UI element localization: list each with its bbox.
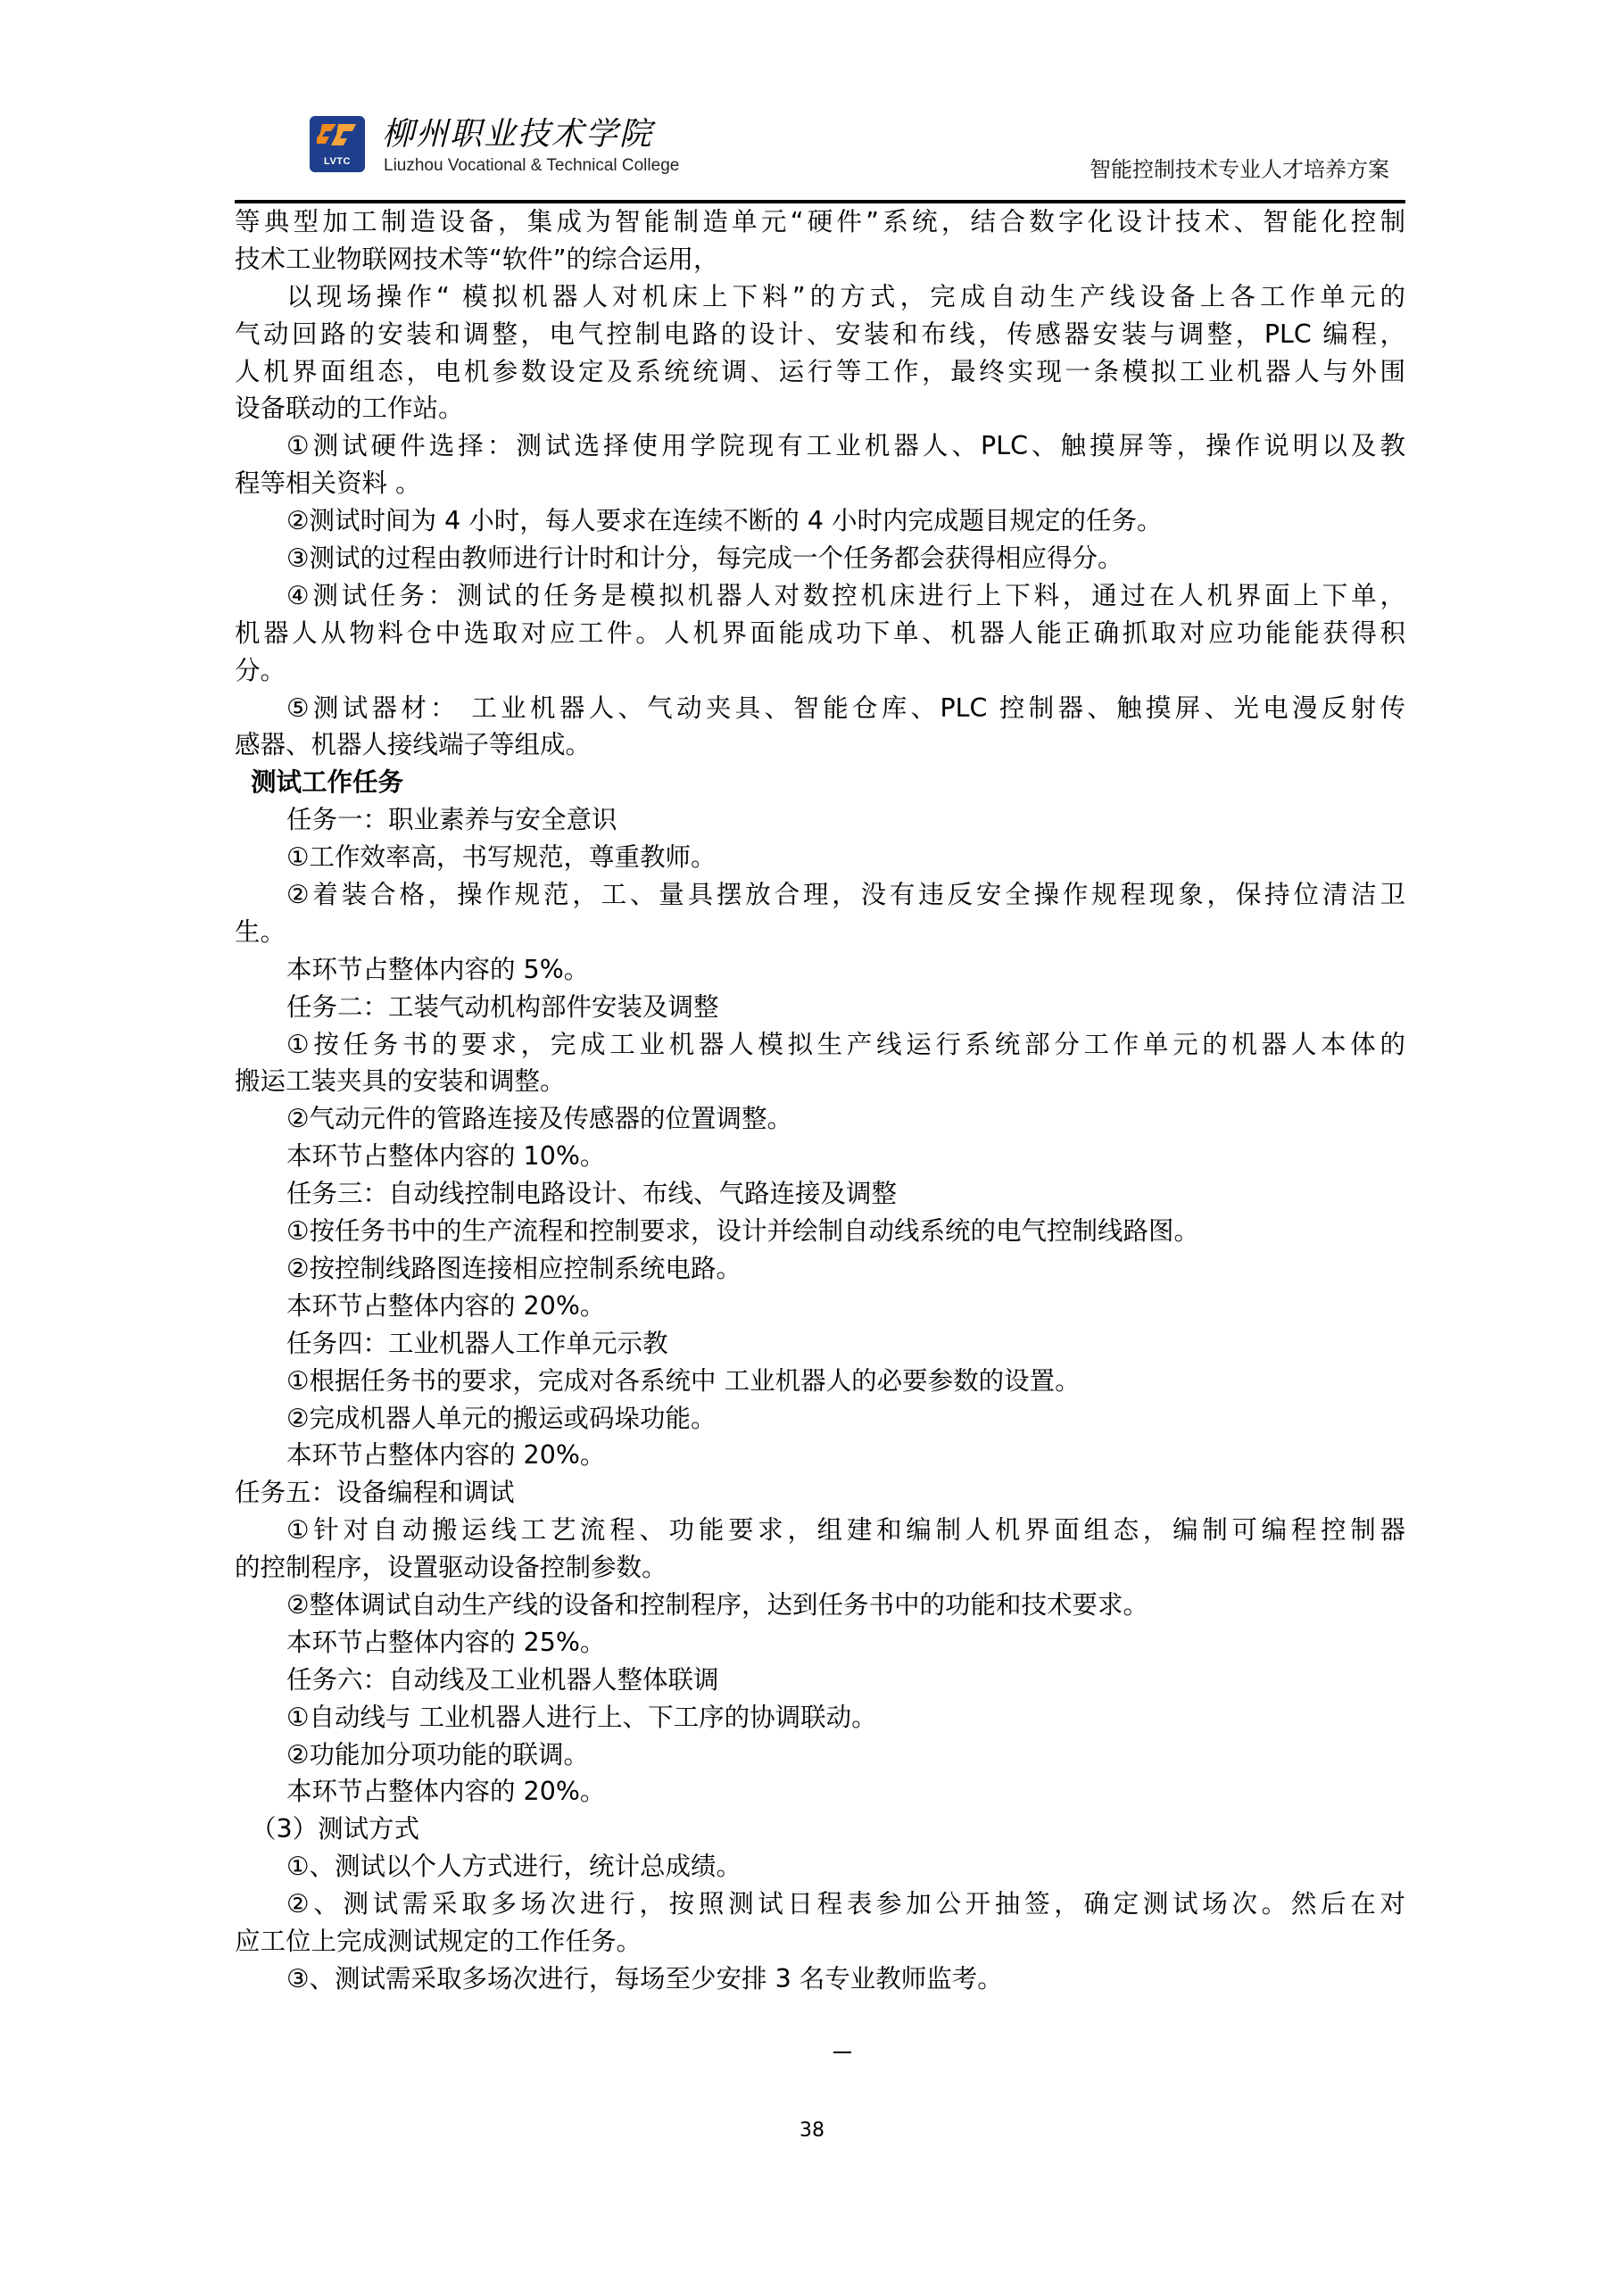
list-item: ④测试任务：测试的任务是模拟机器人对数控机床进行上下料，通过在人机界面上下单， bbox=[235, 577, 1405, 615]
paragraph-line: 等典型加工制造设备，集成为智能制造单元“硬件”系统，结合数字化设计技术、智能化控… bbox=[235, 203, 1405, 241]
list-item: ②测试时间为 4 小时，每人要求在连续不断的 4 小时内完成题目规定的任务。 bbox=[235, 502, 1405, 540]
school-name-cn: 柳州职业技术学院 bbox=[382, 116, 653, 153]
list-item: ②按控制线路图连接相应控制系统电路。 bbox=[235, 1250, 1405, 1288]
document-title: 智能控制技术专业人才培养方案 bbox=[1090, 152, 1389, 183]
list-item-continuation: 的控制程序，设置驱动设备控制参数。 bbox=[235, 1549, 1405, 1587]
list-item: ②着装合格，操作规范，工、量具摆放合理，没有违反安全操作规程现象，保持位清洁卫 bbox=[235, 876, 1405, 914]
paragraph-line: 设备联动的工作站。 bbox=[235, 390, 1405, 427]
list-item-continuation: 搬运工装夹具的安装和调整。 bbox=[235, 1063, 1405, 1100]
subsection-heading: （3）测试方式 bbox=[235, 1811, 1405, 1848]
page-header: LVTC 柳州职业技术学院 Liuzhou Vocational & Techn… bbox=[235, 107, 1405, 202]
section-heading: 测试工作任务 bbox=[235, 764, 1405, 801]
weight-note: 本环节占整体内容的 10%。 bbox=[235, 1138, 1405, 1175]
list-item: ①根据任务书的要求，完成对各系统中 工业机器人的必要参数的设置。 bbox=[235, 1363, 1405, 1400]
list-item: ①按任务书的要求，完成工业机器人模拟生产线运行系统部分工作单元的机器人本体的 bbox=[235, 1026, 1405, 1064]
paragraph-line: 气动回路的安装和调整，电气控制电路的设计、安装和布线，传感器安装与调整，PLC … bbox=[235, 316, 1405, 353]
list-item: ①按任务书中的生产流程和控制要求，设计并绘制自动线系统的电气控制线路图。 bbox=[235, 1213, 1405, 1250]
list-item: ②气动元件的管路连接及传感器的位置调整。 bbox=[235, 1100, 1405, 1138]
task-heading: 任务三：自动线控制电路设计、布线、气路连接及调整 bbox=[235, 1175, 1405, 1213]
list-item: ①测试硬件选择：测试选择使用学院现有工业机器人、PLC、触摸屏等，操作说明以及教 bbox=[235, 427, 1405, 465]
list-item: ③测试的过程由教师进行计时和计分，每完成一个任务都会获得相应得分。 bbox=[235, 540, 1405, 577]
weight-note: 本环节占整体内容的 20%。 bbox=[235, 1288, 1405, 1325]
logo-text: LVTC bbox=[310, 156, 365, 167]
paragraph-line: 以现场操作“ 模拟机器人对机床上下料”的方式，完成自动生产线设备上各工作单元的 bbox=[235, 278, 1405, 316]
list-item: ①针对自动搬运线工艺流程、功能要求，组建和编制人机界面组态，编制可编程控制器 bbox=[235, 1512, 1405, 1549]
list-item-continuation: 生。 bbox=[235, 914, 1405, 951]
list-item: ①工作效率高，书写规范，尊重教师。 bbox=[235, 839, 1405, 876]
lvtc-logo-icon bbox=[317, 122, 358, 151]
list-item: ③、测试需采取多场次进行，每场至少安排 3 名专业教师监考。 bbox=[235, 1960, 1405, 1998]
task-heading: 任务一：职业素养与安全意识 bbox=[235, 801, 1405, 839]
list-item-continuation: 应工位上完成测试规定的工作任务。 bbox=[235, 1923, 1405, 1960]
list-item: ⑤测试器材： 工业机器人、气动夹具、智能仓库、PLC 控制器、触摸屏、光电漫反射… bbox=[235, 690, 1405, 727]
list-item-continuation: 机器人从物料仓中选取对应工件。人机界面能成功下单、机器人能正确抓取对应功能能获得… bbox=[235, 615, 1405, 652]
list-item-continuation: 程等相关资料 。 bbox=[235, 465, 1405, 502]
list-item: ②完成机器人单元的搬运或码垛功能。 bbox=[235, 1400, 1405, 1438]
list-item: ①、测试以个人方式进行，统计总成绩。 bbox=[235, 1848, 1405, 1886]
weight-note: 本环节占整体内容的 5%。 bbox=[235, 951, 1405, 989]
task-heading: 任务六：自动线及工业机器人整体联调 bbox=[235, 1662, 1405, 1699]
college-logo: LVTC bbox=[310, 116, 365, 172]
paragraph-line: 技术工业物联网技术等“软件”的综合运用， bbox=[235, 241, 1405, 278]
list-item: ②整体调试自动生产线的设备和控制程序，达到任务书中的功能和技术要求。 bbox=[235, 1587, 1405, 1624]
weight-note: 本环节占整体内容的 25%。 bbox=[235, 1624, 1405, 1662]
list-item: ①自动线与 工业机器人进行上、下工序的协调联动。 bbox=[235, 1699, 1405, 1737]
task-heading: 任务二：工装气动机构部件安装及调整 bbox=[235, 989, 1405, 1026]
footer-dash bbox=[833, 2051, 851, 2053]
task-heading: 任务五：设备编程和调试 bbox=[235, 1474, 1405, 1512]
page-number: 38 bbox=[0, 2119, 1624, 2142]
list-item-continuation: 感器、机器人接线端子等组成。 bbox=[235, 726, 1405, 764]
list-item: ②、测试需采取多场次进行，按照测试日程表参加公开抽签，确定测试场次。然后在对 bbox=[235, 1886, 1405, 1923]
school-name-en: Liuzhou Vocational & Technical College bbox=[384, 156, 679, 176]
list-item: ②功能加分项功能的联调。 bbox=[235, 1737, 1405, 1774]
weight-note: 本环节占整体内容的 20%。 bbox=[235, 1437, 1405, 1474]
paragraph-line: 人机界面组态，电机参数设定及系统统调、运行等工作，最终实现一条模拟工业机器人与外… bbox=[235, 353, 1405, 391]
document-body: 等典型加工制造设备，集成为智能制造单元“硬件”系统，结合数字化设计技术、智能化控… bbox=[235, 203, 1405, 1998]
weight-note: 本环节占整体内容的 20%。 bbox=[235, 1773, 1405, 1811]
task-heading: 任务四：工业机器人工作单元示教 bbox=[235, 1325, 1405, 1363]
list-item-continuation: 分。 bbox=[235, 652, 1405, 690]
